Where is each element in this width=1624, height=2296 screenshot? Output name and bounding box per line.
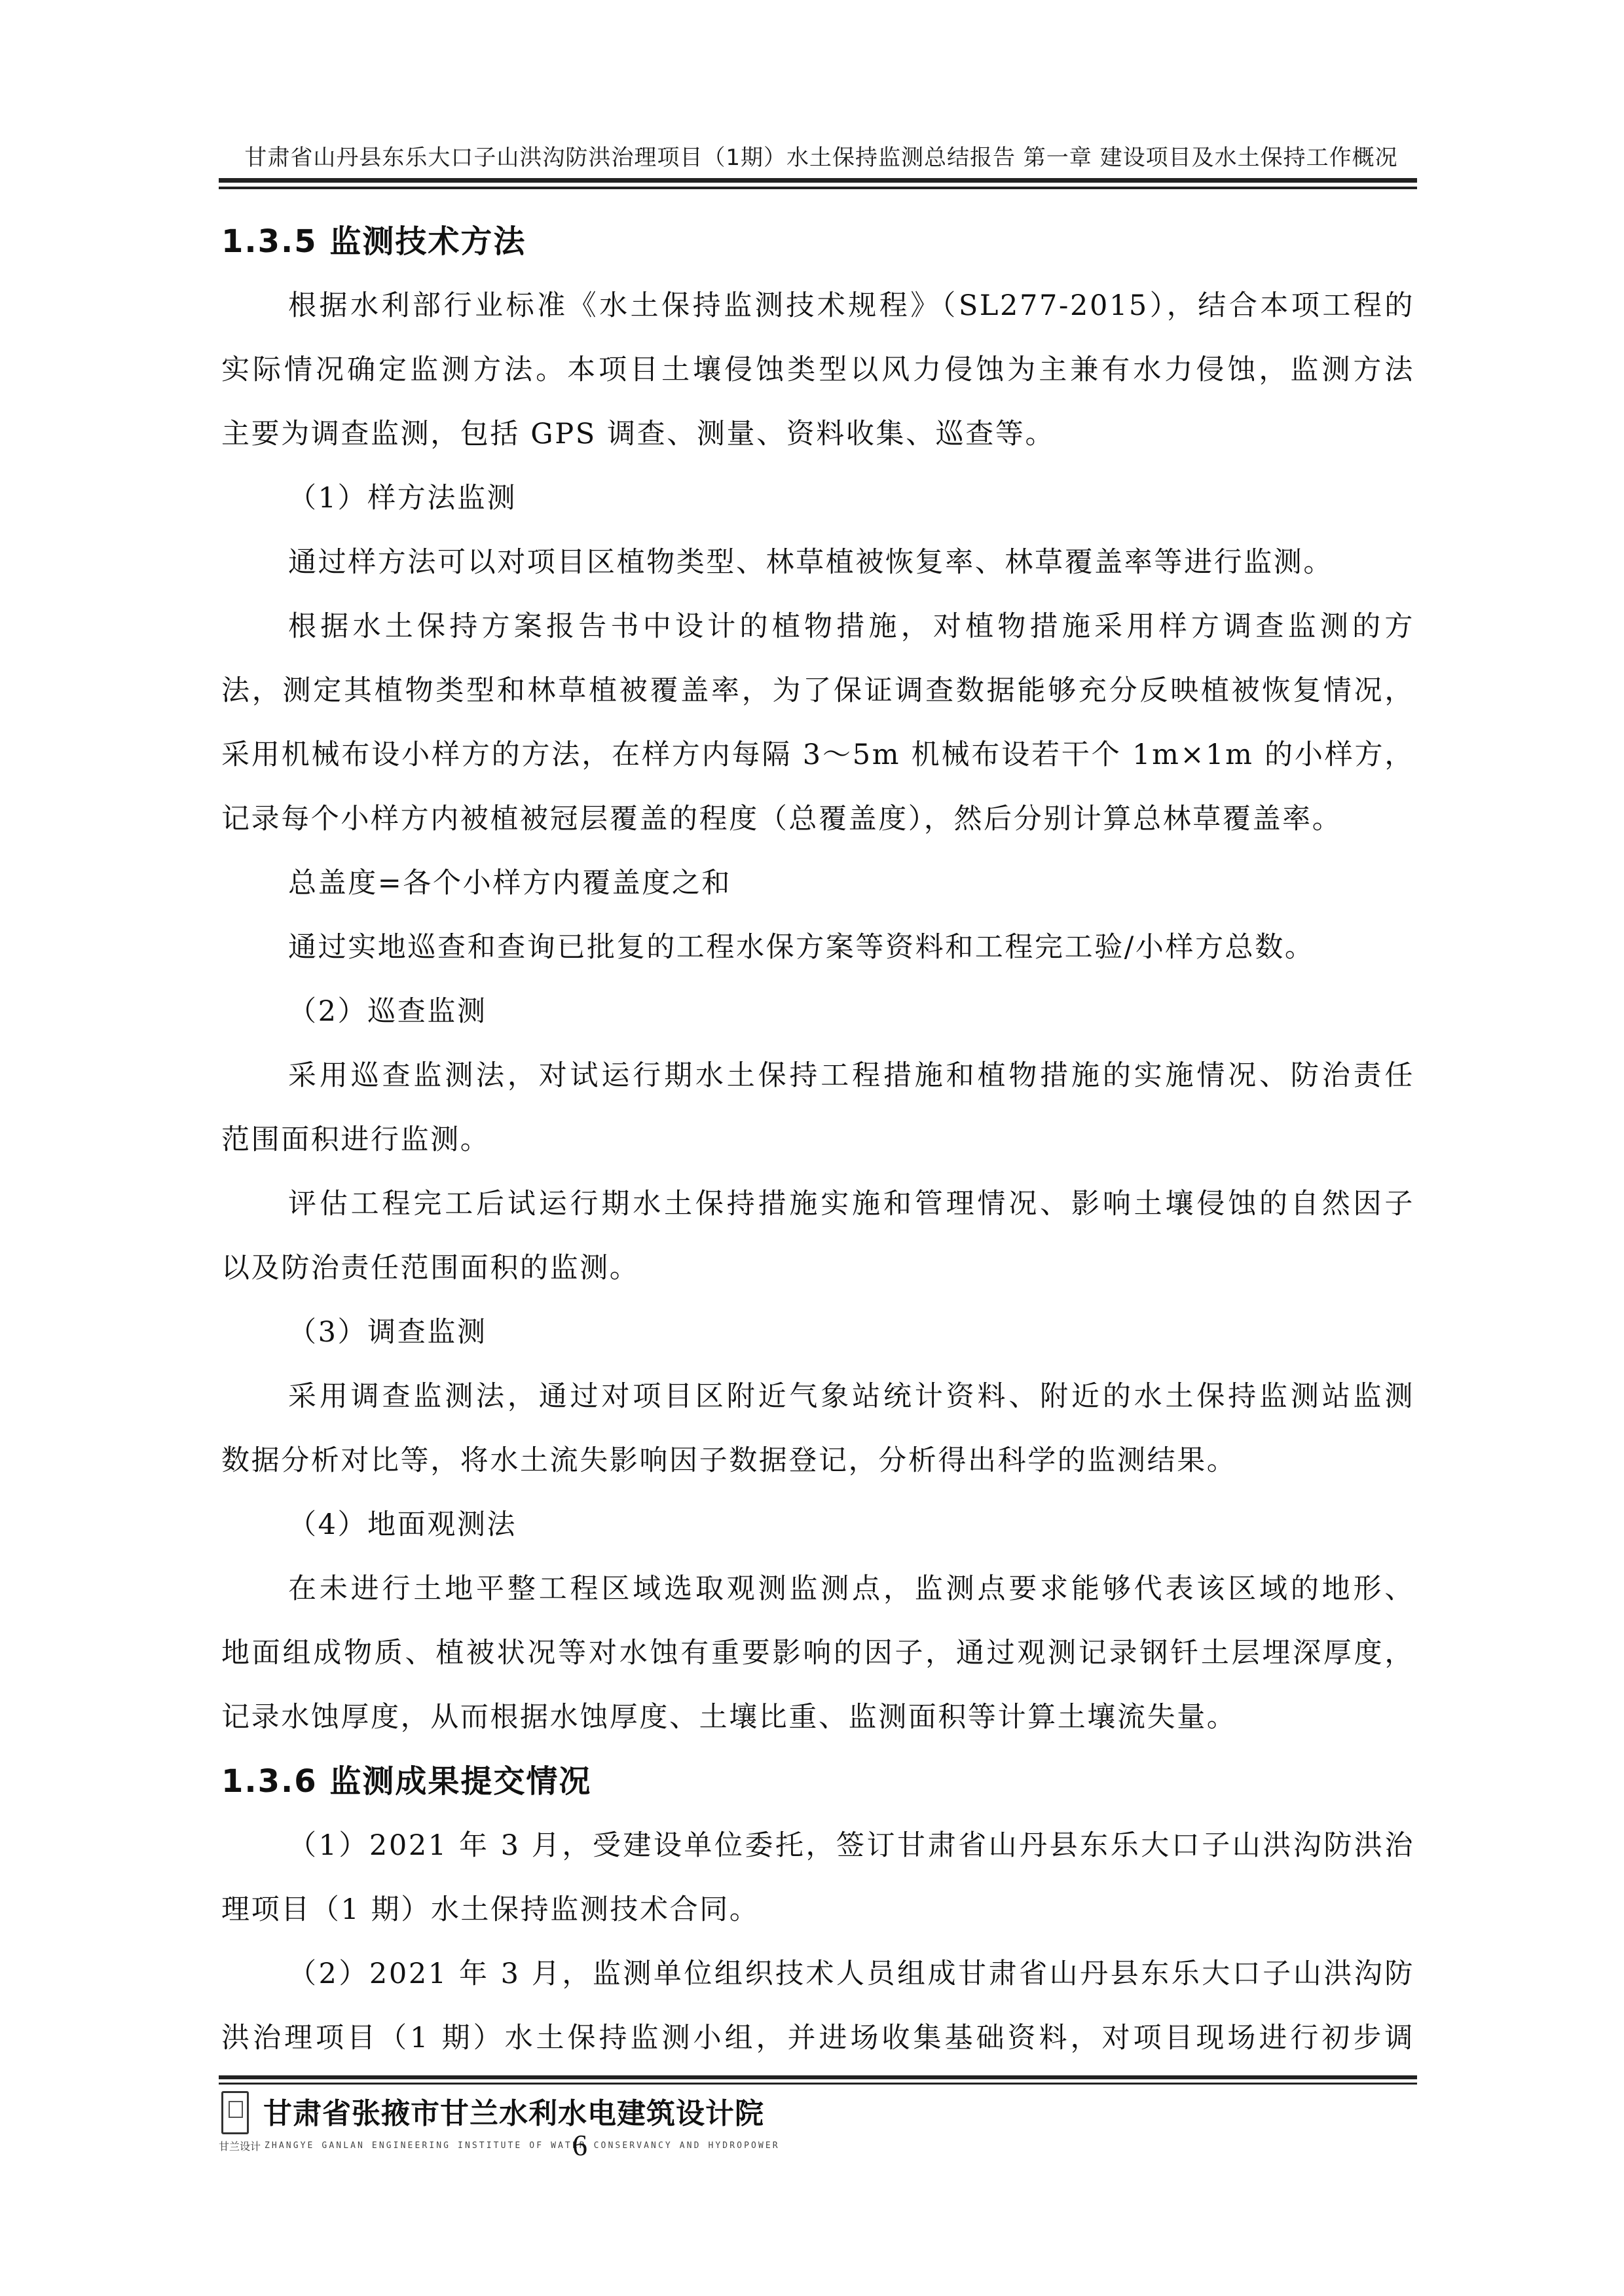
- paragraph-line: 范围面积进行监测。: [221, 1108, 1414, 1172]
- paragraph-line: （2）2021 年 3 月，监测单位组织技术人员组成甘肃省山丹县东乐大口子山洪沟…: [221, 1942, 1414, 2006]
- paragraph-line: 数据分析对比等，将水土流失影响因子数据登记，分析得出科学的监测结果。: [221, 1429, 1414, 1493]
- paragraph-line: 在未进行土地平整工程区域选取观测监测点，监测点要求能够代表该区域的地形、: [221, 1557, 1414, 1621]
- paragraph-line: 采用调查监测法，通过对项目区附近气象站统计资料、附近的水土保持监测站监测: [221, 1364, 1414, 1429]
- paragraph-line: 记录每个小样方内被植被冠层覆盖的程度（总覆盖度），然后分别计算总林草覆盖率。: [221, 787, 1414, 851]
- paragraph-line: 通过实地巡查和查询已批复的工程水保方案等资料和工程完工验/小样方总数。: [221, 915, 1414, 979]
- paragraph-line: （4）地面观测法: [221, 1493, 1414, 1557]
- paragraph-line: （2）巡查监测: [221, 979, 1414, 1044]
- paragraph-line: 记录水蚀厚度，从而根据水蚀厚度、土壤比重、监测面积等计算土壤流失量。: [221, 1685, 1414, 1749]
- running-header: 甘肃省山丹县东乐大口子山洪沟防洪治理项目（1期）水土保持监测总结报告 第一章 建…: [228, 139, 1414, 172]
- institute-logo-icon: [221, 2091, 249, 2134]
- paragraph-line: 洪治理项目（1 期）水土保持监测小组，并进场收集基础资料，对项目现场进行初步调: [221, 2006, 1414, 2070]
- paragraph-line: 采用巡查监测法，对试运行期水土保持工程措施和植物措施的实施情况、防治责任: [221, 1044, 1414, 1108]
- footer-rule-thin: [219, 2083, 1417, 2085]
- paragraph-line: （1）2021 年 3 月，受建设单位委托，签订甘肃省山丹县东乐大口子山洪沟防洪…: [221, 1813, 1414, 1878]
- paragraph-line: 地面组成物质、植被状况等对水蚀有重要影响的因子，通过观测记录钢钎土层埋深厚度，: [221, 1621, 1414, 1685]
- section-heading-1-3-5: 1.3.5 监测技术方法: [221, 210, 1414, 274]
- paragraph-line: 实际情况确定监测方法。本项目土壤侵蚀类型以风力侵蚀为主兼有水力侵蚀，监测方法: [221, 338, 1414, 402]
- paragraph-line: 总盖度=各个小样方内覆盖度之和: [221, 851, 1414, 915]
- institute-name-en: ZHANGYE GANLAN ENGINEERING INSTITUTE OF …: [265, 2141, 780, 2151]
- institute-name-cn: 甘肃省张掖市甘兰水利水电建筑设计院: [263, 2090, 764, 2132]
- header-rule-thick: [219, 178, 1417, 183]
- header-rule-thin: [219, 187, 1417, 189]
- paragraph-line: 根据水土保持方案报告书中设计的植物措施，对植物措施采用样方调查监测的方: [221, 594, 1414, 659]
- paragraph-line: 采用机械布设小样方的方法，在样方内每隔 3～5m 机械布设若干个 1m×1m 的…: [221, 723, 1414, 787]
- section-1-3-6-body: （1）2021 年 3 月，受建设单位委托，签订甘肃省山丹县东乐大口子山洪沟防洪…: [221, 1813, 1414, 2070]
- section-1-3-5-body: 根据水利部行业标准《水土保持监测技术规程》（SL277-2015），结合本项工程…: [221, 274, 1414, 1749]
- paragraph-line: 评估工程完工后试运行期水土保持措施实施和管理情况、影响土壤侵蚀的自然因子: [221, 1172, 1414, 1236]
- footer-rule-thick: [219, 2075, 1417, 2079]
- section-heading-1-3-6: 1.3.6 监测成果提交情况: [221, 1749, 1414, 1813]
- paragraph-line: 主要为调查监测，包括 GPS 调查、测量、资料收集、巡查等。: [221, 402, 1414, 466]
- paragraph-line: （3）调查监测: [221, 1300, 1414, 1364]
- paragraph-line: 通过样方法可以对项目区植物类型、林草植被恢复率、林草覆盖率等进行监测。: [221, 530, 1414, 594]
- paragraph-line: 以及防治责任范围面积的监测。: [221, 1236, 1414, 1300]
- paragraph-line: 理项目（1 期）水土保持监测技术合同。: [221, 1878, 1414, 1942]
- logo-caption: 甘兰设计: [219, 2138, 261, 2153]
- page-number: 6: [572, 2128, 587, 2162]
- paragraph-line: 根据水利部行业标准《水土保持监测技术规程》（SL277-2015），结合本项工程…: [221, 274, 1414, 338]
- page-body: 1.3.5 监测技术方法 根据水利部行业标准《水土保持监测技术规程》（SL277…: [221, 210, 1414, 2070]
- paragraph-line: 法，测定其植物类型和林草植被覆盖率，为了保证调查数据能够充分反映植被恢复情况，: [221, 659, 1414, 723]
- paragraph-line: （1）样方法监测: [221, 466, 1414, 530]
